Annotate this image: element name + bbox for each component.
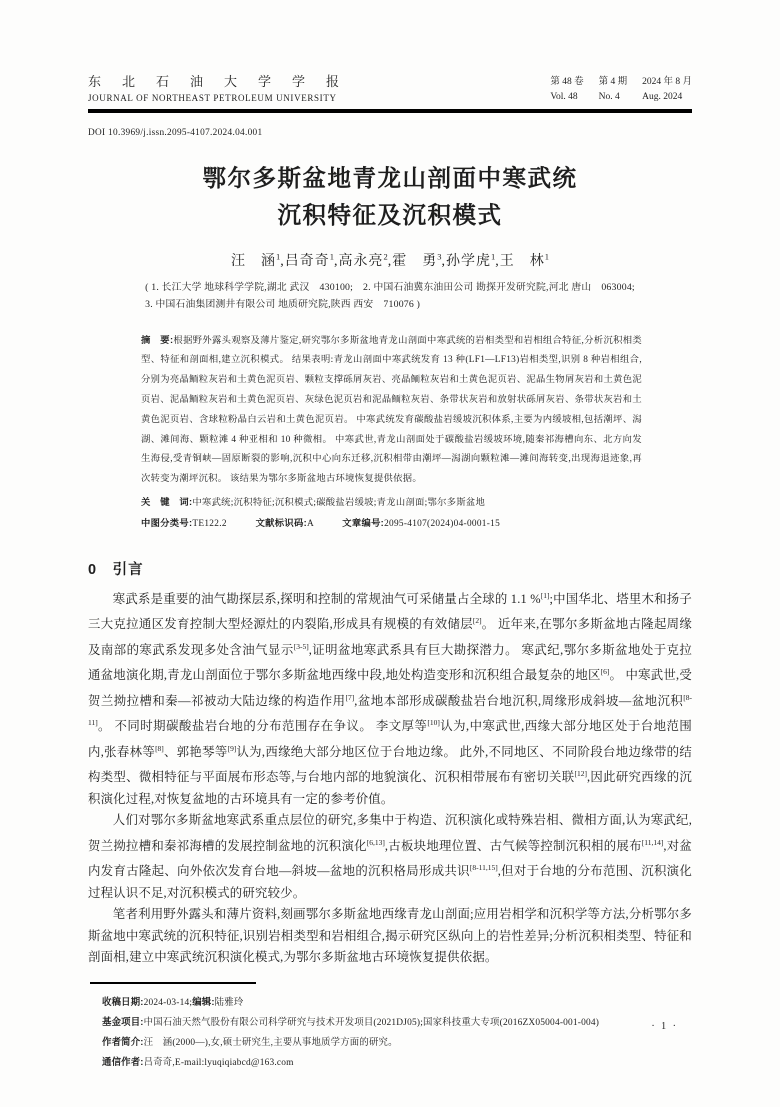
issue-column: 第 4 期 No. 4 [599, 75, 628, 104]
section-heading-introduction: 0 引言 [88, 558, 692, 579]
volume-en: Vol. 48 [550, 91, 583, 104]
footnote-author-bio: 作者简介:汪 涵(2000—),女,硕士研究生,主要从事地质学方面的研究。 [102, 1033, 692, 1053]
footnote-funding: 基金项目:中国石油天然气股份有限公司科学研究与技术开发项目(2021DJ05);… [102, 1013, 692, 1033]
journal-first-page: 东北石油大学学报 JOURNAL OF NORTHEAST PETROLEUM … [0, 0, 780, 1107]
article-title: 鄂尔多斯盆地青龙山剖面中寒武统 沉积特征及沉积模式 [88, 160, 692, 234]
journal-header: 东北石油大学学报 JOURNAL OF NORTHEAST PETROLEUM … [88, 74, 692, 104]
volume-column: 第 48 卷 Vol. 48 [550, 75, 583, 104]
journal-title-en: JOURNAL OF NORTHEAST PETROLEUM UNIVERSIT… [88, 93, 360, 104]
affiliation-line-2: 3. 中国石油集团测井有限公司 地质研究院,陕西 西安 710076 ) [145, 296, 635, 314]
affiliations-block: ( 1. 长江大学 地球科学学院,湖北 武汉 430100; 2. 中国石油冀东… [145, 279, 635, 314]
header-rule [88, 109, 692, 113]
intro-paragraph-2: 人们对鄂尔多斯盆地寒武系重点层位的研究,多集中于构造、沉积演化或特殊岩相、微相方… [88, 810, 692, 904]
affiliation-line-1: ( 1. 长江大学 地球科学学院,湖北 武汉 430100; 2. 中国石油冀东… [145, 279, 635, 297]
classification-line: 中图分类号:TE122.2 文献标识码:A 文章编号:2095-4107(202… [141, 514, 642, 535]
article-title-line2: 沉积特征及沉积模式 [278, 202, 503, 228]
date-cn: 2024 年 8 月 [642, 75, 692, 89]
footnote-corresponding-author: 通信作者:吕奇奇,E-mail:lyuqiqiabcd@163.com [102, 1053, 692, 1073]
intro-paragraph-1: 寒武系是重要的油气勘探层系,探明和控制的常规油气可采储量占全球的 1.1 %[1… [88, 585, 692, 811]
doi-line: DOI 10.3969/j.issn.2095-4107.2024.04.001 [88, 128, 692, 138]
journal-name-block: 东北石油大学学报 JOURNAL OF NORTHEAST PETROLEUM … [88, 74, 360, 104]
intro-paragraph-3: 笔者利用野外露头和薄片资料,刻画鄂尔多斯盆地西缘青龙山剖面;应用岩相学和沉积学等… [88, 904, 692, 968]
footnote-received-date: 收稿日期:2024-03-14;编辑:陆雅玲 [102, 993, 692, 1013]
journal-title-cn: 东北石油大学学报 [88, 74, 360, 89]
page-number: · 1 · [651, 1021, 678, 1032]
article-title-line1: 鄂尔多斯盆地青龙山剖面中寒武统 [203, 165, 578, 191]
footnotes-block: 收稿日期:2024-03-14;编辑:陆雅玲 基金项目:中国石油天然气股份有限公… [88, 993, 692, 1072]
keywords-line: 关 键 词:中寒武统;沉积特征;沉积模式;碳酸盐岩缓坡;青龙山剖面;鄂尔多斯盆地 [141, 493, 642, 514]
issue-info-block: 第 48 卷 Vol. 48 第 4 期 No. 4 2024 年 8 月 Au… [550, 75, 692, 104]
date-column: 2024 年 8 月 Aug. 2024 [642, 75, 692, 104]
issue-cn: 第 4 期 [599, 75, 628, 89]
issue-en: No. 4 [599, 91, 628, 104]
volume-cn: 第 48 卷 [550, 75, 583, 89]
abstract: 摘 要:根据野外露头观察及薄片鉴定,研究鄂尔多斯盆地青龙山剖面中寒武统的岩相类型… [141, 331, 642, 490]
footnote-separator [90, 982, 256, 984]
authors-line: 汪 涵1,吕奇奇1,高永亮2,霍 勇3,孙学虎1,王 林1 [88, 250, 692, 270]
date-en: Aug. 2024 [642, 91, 692, 104]
